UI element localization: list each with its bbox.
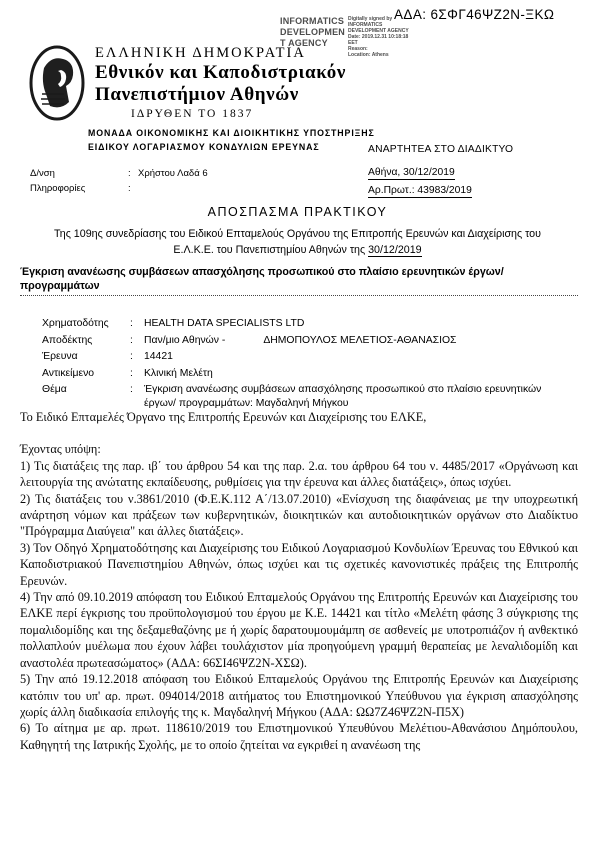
field-label: Θέμα — [42, 383, 130, 410]
field-value: Κλινική Μελέτη — [144, 367, 560, 381]
university-name-line2: Πανεπιστήμιον Αθηνών — [95, 84, 346, 106]
field-label: Χρηματοδότης — [42, 317, 130, 331]
address-row: Δ/νση : Χρήστου Λαδά 6 — [30, 167, 208, 182]
republic-title: ΕΛΛΗΝΙΚΗ ΔΗΜΟΚΡΑΤΙΑ — [95, 45, 346, 62]
document-fields: Χρηματοδότης : HEALTH DATA SPECIALISTS L… — [42, 317, 560, 413]
subject-heading-word: προγραμμάτων — [20, 280, 100, 292]
considering-item-1: 1) Τις διατάξεις της παρ. ιβ΄ του άρθρου… — [20, 458, 578, 491]
address-separator: : — [128, 167, 138, 182]
field-row-recipient: Αποδέκτης : Παν/μιο Αθηνών -ΔΗΜΟΠΟΥΛΟΣ Μ… — [42, 334, 560, 348]
body-intro: Το Ειδικό Επταμελές Όργανο της Επιτροπής… — [20, 409, 578, 425]
unit-name-line2: ΕΙΔΙΚΟΥ ΛΟΓΑΡΙΑΣΜΟΥ ΚΟΝΔΥΛΙΩΝ ΕΡΕΥΝΑΣ — [88, 141, 375, 155]
contact-block: Δ/νση : Χρήστου Λαδά 6 Πληροφορίες : — [30, 167, 208, 196]
web-posting-notice: ΑΝΑΡΤΗΤΕΑ ΣΤΟ ΔΙΑΔΙΚΤΥΟ — [368, 144, 513, 155]
field-label: Αποδέκτης — [42, 334, 130, 348]
protocol-number: Αρ.Πρωτ.: 43983/2019 — [368, 185, 472, 198]
field-separator: : — [130, 317, 144, 331]
field-label: Έρευνα — [42, 350, 130, 364]
subject-heading: Έγκριση ανανέωσης συμβάσεων απασχόλησης … — [20, 265, 578, 296]
city-date: Αθήνα, 30/12/2019 — [368, 167, 455, 180]
field-value: Παν/μιο Αθηνών -ΔΗΜΟΠΟΥΛΟΣ ΜΕΛΕΤΙΟΣ-ΑΘΑΝ… — [144, 334, 560, 348]
field-row-funder: Χρηματοδότης : HEALTH DATA SPECIALISTS L… — [42, 317, 560, 331]
having-regard: Έχοντας υπόψη: — [20, 441, 578, 457]
meta-block: ΑΝΑΡΤΗΤΕΑ ΣΤΟ ΔΙΑΔΙΚΤΥΟ Αθήνα, 30/12/201… — [368, 144, 513, 203]
considering-item-3: 3) Τον Οδηγό Χρηματοδότησης και Διαχείρι… — [20, 540, 578, 589]
university-name-line1: Εθνικόν και Καποδιστριακόν — [95, 62, 346, 84]
subtitle-line1: Της 109ης συνεδρίασης του Ειδικού Επταμε… — [54, 228, 541, 240]
field-value: HEALTH DATA SPECIALISTS LTD — [144, 317, 560, 331]
founded-text: ΙΔΡΥΘΕΝ ΤΟ 1837 — [131, 108, 346, 120]
field-row-object: Αντικείμενο : Κλινική Μελέτη — [42, 367, 560, 381]
subtitle-line2: Ε.Λ.Κ.Ε. του Πανεπιστημίου Αθηνών της — [173, 244, 368, 256]
info-label: Πληροφορίες — [30, 182, 128, 197]
field-separator: : — [130, 383, 144, 410]
address-value: Χρήστου Λαδά 6 — [138, 167, 208, 182]
document-body: Το Ειδικό Επταμελές Όργανο της Επιτροπής… — [20, 409, 578, 753]
field-value-secondary: ΔΗΜΟΠΟΥΛΟΣ ΜΕΛΕΤΙΟΣ-ΑΘΑΝΑΣΙΟΣ — [263, 335, 456, 346]
field-value: 14421 — [144, 350, 560, 364]
field-row-research: Έρευνα : 14421 — [42, 350, 560, 364]
ada-code: ΑΔΑ: 6ΣΦΓ46ΨΖ2Ν-ΞΚΩ — [394, 7, 554, 22]
unit-name-line1: ΜΟΝΑΔΑ ΟΙΚΟΝΟΜΙΚΗΣ ΚΑΙ ΔΙΟΙΚΗΤΙΚΗΣ ΥΠΟΣΤ… — [88, 127, 375, 141]
field-row-subject: Θέμα : Έγκριση ανανέωσης συμβάσεων απασχ… — [42, 383, 560, 410]
session-date: 30/12/2019 — [368, 244, 422, 258]
university-logo — [28, 44, 86, 122]
subject-heading-line2: προγραμμάτων — [20, 279, 578, 296]
considering-item-2: 2) Τις διατάξεις του ν.3861/2010 (Φ.Ε.Κ.… — [20, 491, 578, 540]
unit-name-block: ΜΟΝΑΔΑ ΟΙΚΟΝΟΜΙΚΗΣ ΚΑΙ ΔΙΟΙΚΗΤΙΚΗΣ ΥΠΟΣΤ… — [88, 127, 375, 154]
field-separator: : — [130, 350, 144, 364]
signature-details-line: Location: Athens — [348, 52, 410, 58]
considering-item-5: 5) Την από 19.12.2018 απόφαση του Ειδικο… — [20, 671, 578, 720]
considering-item-4: 4) Την από 09.10.2019 απόφαση του Ειδικο… — [20, 589, 578, 671]
info-row: Πληροφορίες : — [30, 182, 208, 197]
session-subtitle: Της 109ης συνεδρίασης του Ειδικού Επταμε… — [30, 227, 565, 258]
address-label: Δ/νση — [30, 167, 128, 182]
university-header-text: ΕΛΛΗΝΙΚΗ ΔΗΜΟΚΡΑΤΙΑ Εθνικόν και Καποδιστ… — [95, 44, 346, 122]
considering-item-6: 6) Το αίτημα με αρ. πρωτ. 118610/2019 το… — [20, 720, 578, 753]
field-label: Αντικείμενο — [42, 367, 130, 381]
field-separator: : — [130, 367, 144, 381]
signature-details: Digitally signed by INFORMATICS DEVELOPM… — [348, 16, 410, 58]
signature-agency-line: INFORMATICS — [280, 16, 344, 27]
field-separator: : — [130, 334, 144, 348]
document-page: ΑΔΑ: 6ΣΦΓ46ΨΖ2Ν-ΞΚΩ INFORMATICS DEVELOPM… — [0, 0, 595, 841]
subject-heading-line1: Έγκριση ανανέωσης συμβάσεων απασχόλησης … — [20, 265, 578, 279]
info-separator: : — [128, 182, 138, 197]
field-value: Έγκριση ανανέωσης συμβάσεων απασχόλησης … — [144, 383, 560, 410]
page-title: ΑΠΟΣΠΑΣΜΑ ΠΡΑΚΤΙΚΟΥ — [0, 205, 595, 219]
signature-agency-line: DEVELOPMEN — [280, 27, 344, 38]
university-header: ΕΛΛΗΝΙΚΗ ΔΗΜΟΚΡΑΤΙΑ Εθνικόν και Καποδιστ… — [28, 44, 346, 122]
